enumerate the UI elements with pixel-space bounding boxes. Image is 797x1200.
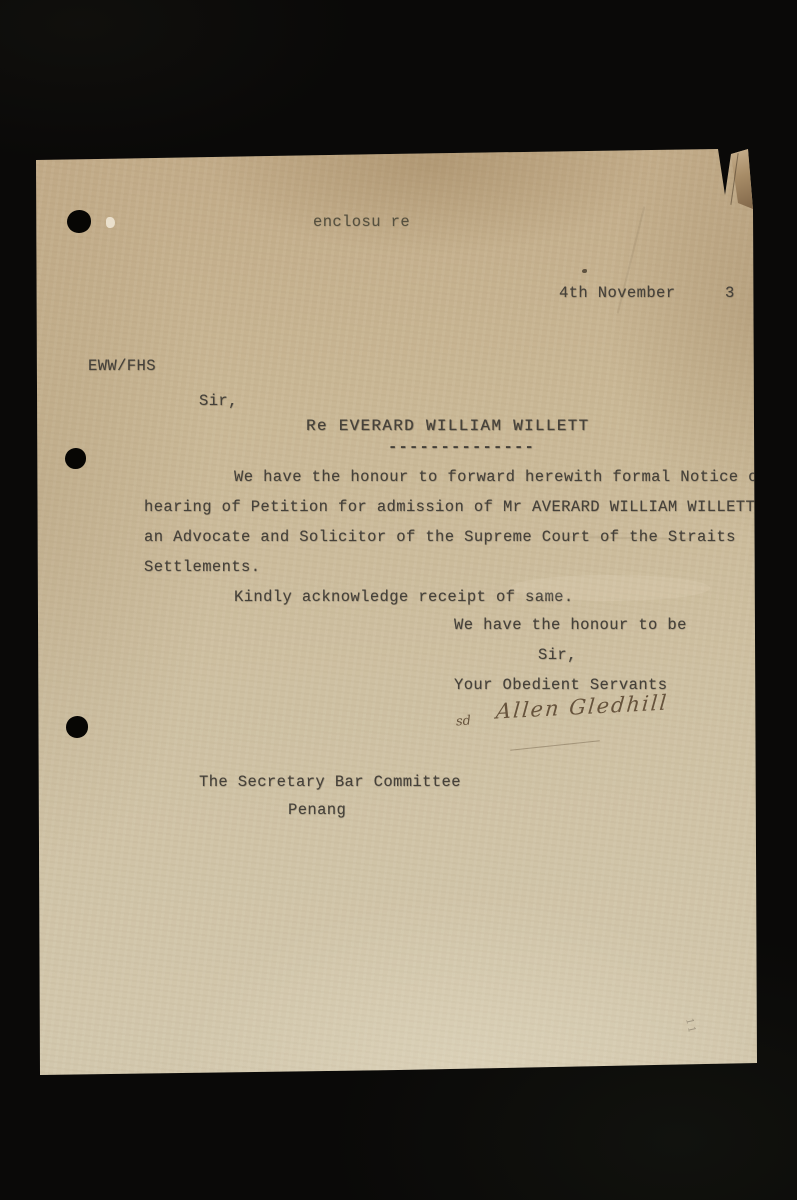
punch-hole-top	[67, 210, 91, 233]
signature-underflourish	[510, 740, 600, 750]
subject-underline: --------------	[388, 438, 535, 456]
salutation: Sir,	[199, 392, 238, 410]
addressee-line: Penang	[288, 801, 346, 819]
date-year-digit: 3	[725, 284, 735, 302]
paper-stain	[510, 575, 710, 601]
closing-line: We have the honour to be	[454, 616, 687, 634]
addressee-line: The Secretary Bar Committee	[199, 773, 461, 791]
date-text: 4th November	[559, 284, 675, 302]
paper-fleck	[106, 217, 115, 228]
subject-line: Re EVERARD WILLIAM WILLETT	[306, 417, 589, 435]
pencil-mark: 11	[683, 1017, 697, 1036]
body-line: We have the honour to forward herewith f…	[234, 468, 768, 486]
body-line: hearing of Petition for admission of Mr …	[144, 498, 784, 516]
ink-speck	[582, 269, 587, 273]
punch-hole-middle	[65, 448, 86, 469]
enclosure-note: enclosu re	[313, 213, 410, 231]
signature-prefix: sd	[455, 713, 471, 729]
signature-name: Allen Gledhill	[495, 690, 669, 723]
reference-code: EWW/FHS	[88, 357, 156, 375]
closing-line: Sir,	[538, 646, 577, 664]
letter-paper: enclosu re 4th November 3 EWW/FHS Sir, R…	[30, 145, 760, 1078]
body-line: Settlements.	[144, 558, 260, 576]
punch-hole-bottom	[66, 716, 88, 738]
scan-background: { "letter": { "enclosure_note": "enclosu…	[0, 0, 797, 1200]
